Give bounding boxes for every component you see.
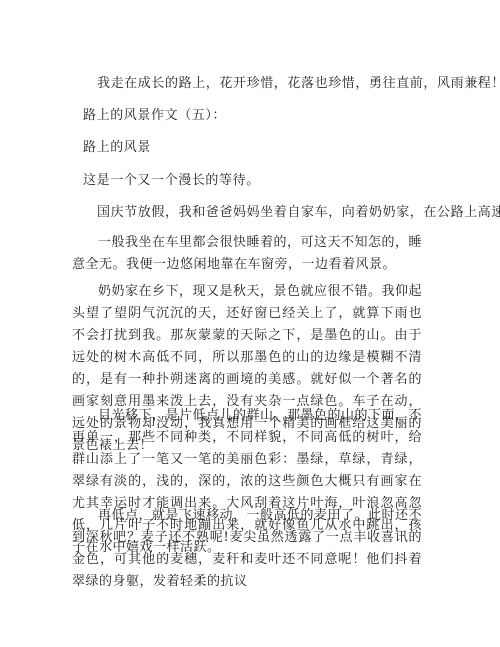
document-page: 我走在成长的路上，花开珍惜，花落也珍惜，勇往直前，风雨兼程！ 路上的风景作文（五… (0, 0, 500, 647)
paragraph-holiday: 国庆节放假，我和爸爸妈妈坐着自家车，向着奶奶家，在公路上高速飞驰。 (97, 205, 500, 221)
essay-title: 路上的风景 (83, 140, 151, 156)
paragraph-awake: 一般我坐在车里都会很快睡着的，可这天不知怎的，睡意全无。我便一边悠闲地靠在车窗旁… (72, 232, 422, 276)
paragraph-wheat: 再低点，就是飞速移动，一般高低的麦田了。此时还不到深秋吧？麦子还不熟呢!麦尖虽然… (72, 505, 422, 593)
paragraph-intro: 这是一个又一个漫长的等待。 (83, 173, 260, 189)
closing-sentence: 我走在成长的路上，花开珍惜，花落也珍惜，勇往直前，风雨兼程！ (97, 76, 500, 92)
essay-heading: 路上的风景作文（五）： (83, 108, 226, 124)
